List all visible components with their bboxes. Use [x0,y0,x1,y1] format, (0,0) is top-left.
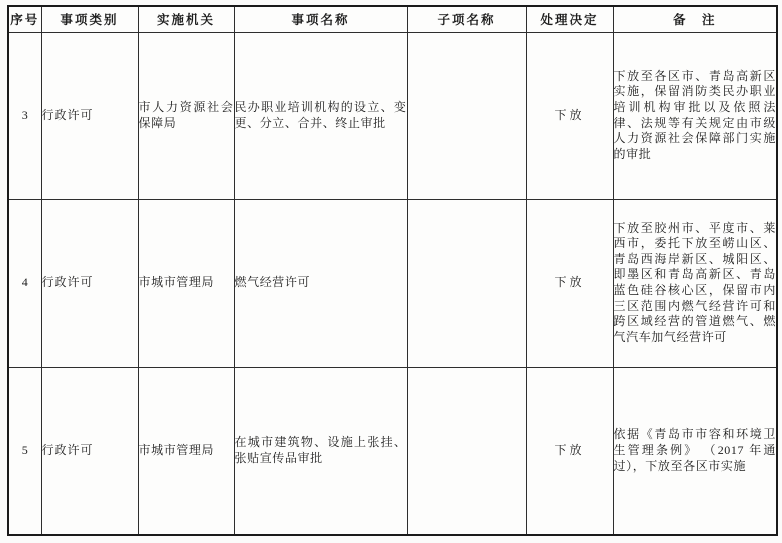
cell-agency: 市城市管理局 [138,199,234,367]
header-seq: 序号 [8,6,41,32]
cell-seq: 4 [8,199,41,367]
header-remark: 备 注 [613,6,777,32]
cell-category: 行政许可 [41,199,138,367]
cell-agency: 市城市管理局 [138,367,234,535]
cell-category: 行政许可 [41,367,138,535]
cell-category: 行政许可 [41,32,138,199]
cell-seq: 3 [8,32,41,199]
approval-items-table: 序号 事项类别 实施机关 事项名称 子项名称 处理决定 备 注 3 行政许可 市… [7,5,778,536]
header-sub-item: 子项名称 [407,6,526,32]
header-category: 事项类别 [41,6,138,32]
cell-agency: 市人力资源社会保障局 [138,32,234,199]
cell-sub-item [407,367,526,535]
table-row: 3 行政许可 市人力资源社会保障局 民办职业培训机构的设立、变更、分立、合并、终… [8,32,777,199]
cell-sub-item [407,32,526,199]
table-row: 4 行政许可 市城市管理局 燃气经营许可 下放 下放至胶州市、平度市、莱西市，委… [8,199,777,367]
table-header-row: 序号 事项类别 实施机关 事项名称 子项名称 处理决定 备 注 [8,6,777,32]
cell-item-name: 民办职业培训机构的设立、变更、分立、合并、终止审批 [234,32,407,199]
cell-decision: 下放 [526,32,613,199]
header-item-name: 事项名称 [234,6,407,32]
cell-item-name: 燃气经营许可 [234,199,407,367]
cell-item-name: 在城市建筑物、设施上张挂、张贴宣传品审批 [234,367,407,535]
cell-remark: 下放至胶州市、平度市、莱西市，委托下放至崂山区、青岛西海岸新区、城阳区、即墨区和… [613,199,777,367]
cell-remark: 下放至各区市、青岛高新区实施，保留消防类民办职业培训机构审批以及依照法律、法规等… [613,32,777,199]
cell-sub-item [407,199,526,367]
header-decision: 处理决定 [526,6,613,32]
cell-decision: 下放 [526,367,613,535]
cell-seq: 5 [8,367,41,535]
document-page: 序号 事项类别 实施机关 事项名称 子项名称 处理决定 备 注 3 行政许可 市… [0,0,782,543]
cell-remark: 依据《青岛市市容和环境卫生管理条例》 （2017 年通过），下放至各区市实施 [613,367,777,535]
header-agency: 实施机关 [138,6,234,32]
table-row: 5 行政许可 市城市管理局 在城市建筑物、设施上张挂、张贴宣传品审批 下放 依据… [8,367,777,535]
cell-decision: 下放 [526,199,613,367]
